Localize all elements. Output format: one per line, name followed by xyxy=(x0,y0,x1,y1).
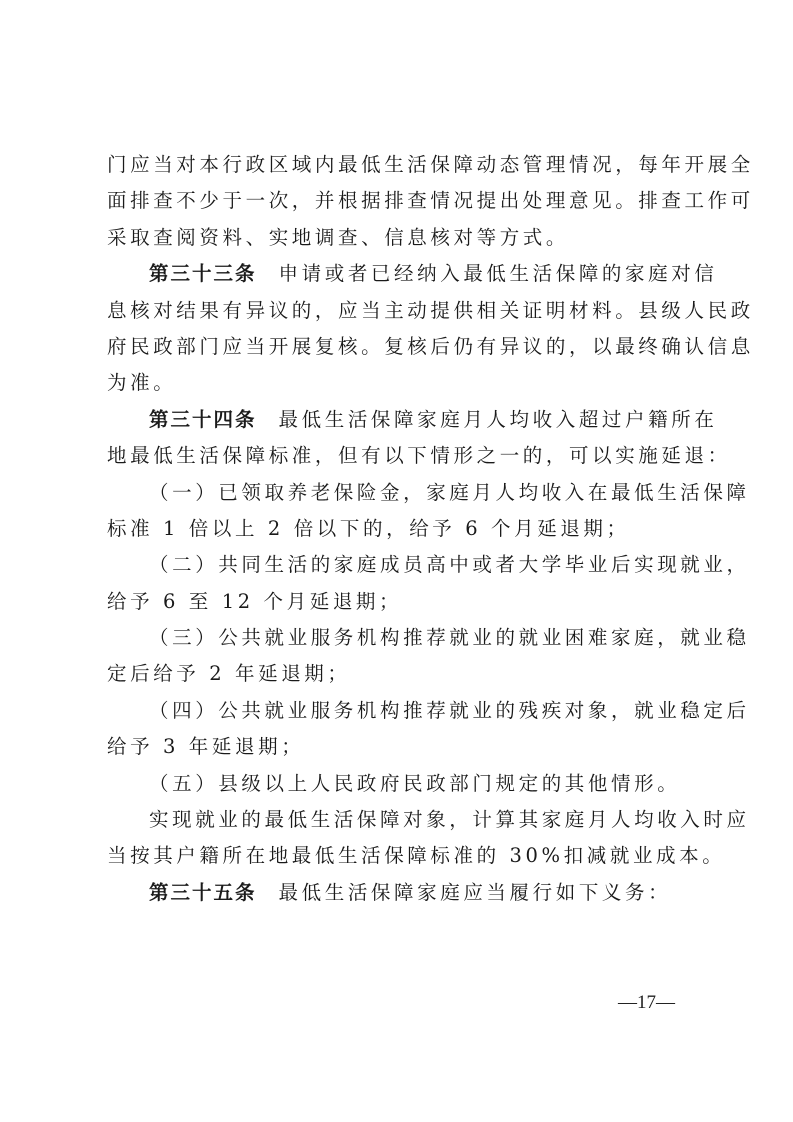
paragraph-line: 当按其户籍所在地最低生活保障标准的 30%扣减就业成本。 xyxy=(107,838,691,874)
text-line: 门应当对本行政区域内最低生活保障动态管理情况，每年开展全 xyxy=(107,147,691,183)
list-item-1-cont: 标准 1 倍以上 2 倍以下的，给予 6 个月延退期； xyxy=(107,511,691,547)
list-item-3-cont: 定后给予 2 年延退期； xyxy=(107,656,691,692)
page-number: —17— xyxy=(618,992,675,1014)
list-item-5: （五）县级以上人民政府民政部门规定的其他情形。 xyxy=(107,766,691,802)
article-33-label: 第三十三条 xyxy=(149,262,257,285)
text-line: 地最低生活保障标准，但有以下情形之一的，可以实施延退： xyxy=(107,438,691,474)
article-33-text: 申请或者已经纳入最低生活保障的家庭对信 xyxy=(279,262,718,285)
article-34-text: 最低生活保障家庭月人均收入超过户籍所在 xyxy=(279,408,718,431)
article-34-label: 第三十四条 xyxy=(149,408,257,431)
list-item-2: （二）共同生活的家庭成员高中或者大学毕业后实现就业， xyxy=(107,547,691,583)
text-line: 为准。 xyxy=(107,365,691,401)
document-page: 门应当对本行政区域内最低生活保障动态管理情况，每年开展全 面排查不少于一次，并根… xyxy=(107,147,691,911)
article-33-heading-line: 第三十三条申请或者已经纳入最低生活保障的家庭对信 xyxy=(107,256,691,292)
article-35-text: 最低生活保障家庭应当履行如下义务： xyxy=(279,881,672,904)
text-line: 面排查不少于一次，并根据排查情况提出处理意见。排查工作可 xyxy=(107,183,691,219)
list-item-1: （一）已领取养老保险金，家庭月人均收入在最低生活保障 xyxy=(107,475,691,511)
text-line: 府民政部门应当开展复核。复核后仍有异议的，以最终确认信息 xyxy=(107,329,691,365)
article-35-label: 第三十五条 xyxy=(149,881,257,904)
list-item-4-cont: 给予 3 年延退期； xyxy=(107,729,691,765)
text-line: 采取查阅资料、实地调查、信息核对等方式。 xyxy=(107,220,691,256)
text-line: 息核对结果有异议的，应当主动提供相关证明材料。县级人民政 xyxy=(107,293,691,329)
paragraph-line: 实现就业的最低生活保障对象，计算其家庭月人均收入时应 xyxy=(107,802,691,838)
article-34-heading-line: 第三十四条最低生活保障家庭月人均收入超过户籍所在 xyxy=(107,402,691,438)
article-35-heading-line: 第三十五条最低生活保障家庭应当履行如下义务： xyxy=(107,875,691,911)
list-item-2-cont: 给予 6 至 12 个月延退期； xyxy=(107,584,691,620)
list-item-3: （三）公共就业服务机构推荐就业的就业困难家庭，就业稳 xyxy=(107,620,691,656)
list-item-4: （四）公共就业服务机构推荐就业的残疾对象，就业稳定后 xyxy=(107,693,691,729)
